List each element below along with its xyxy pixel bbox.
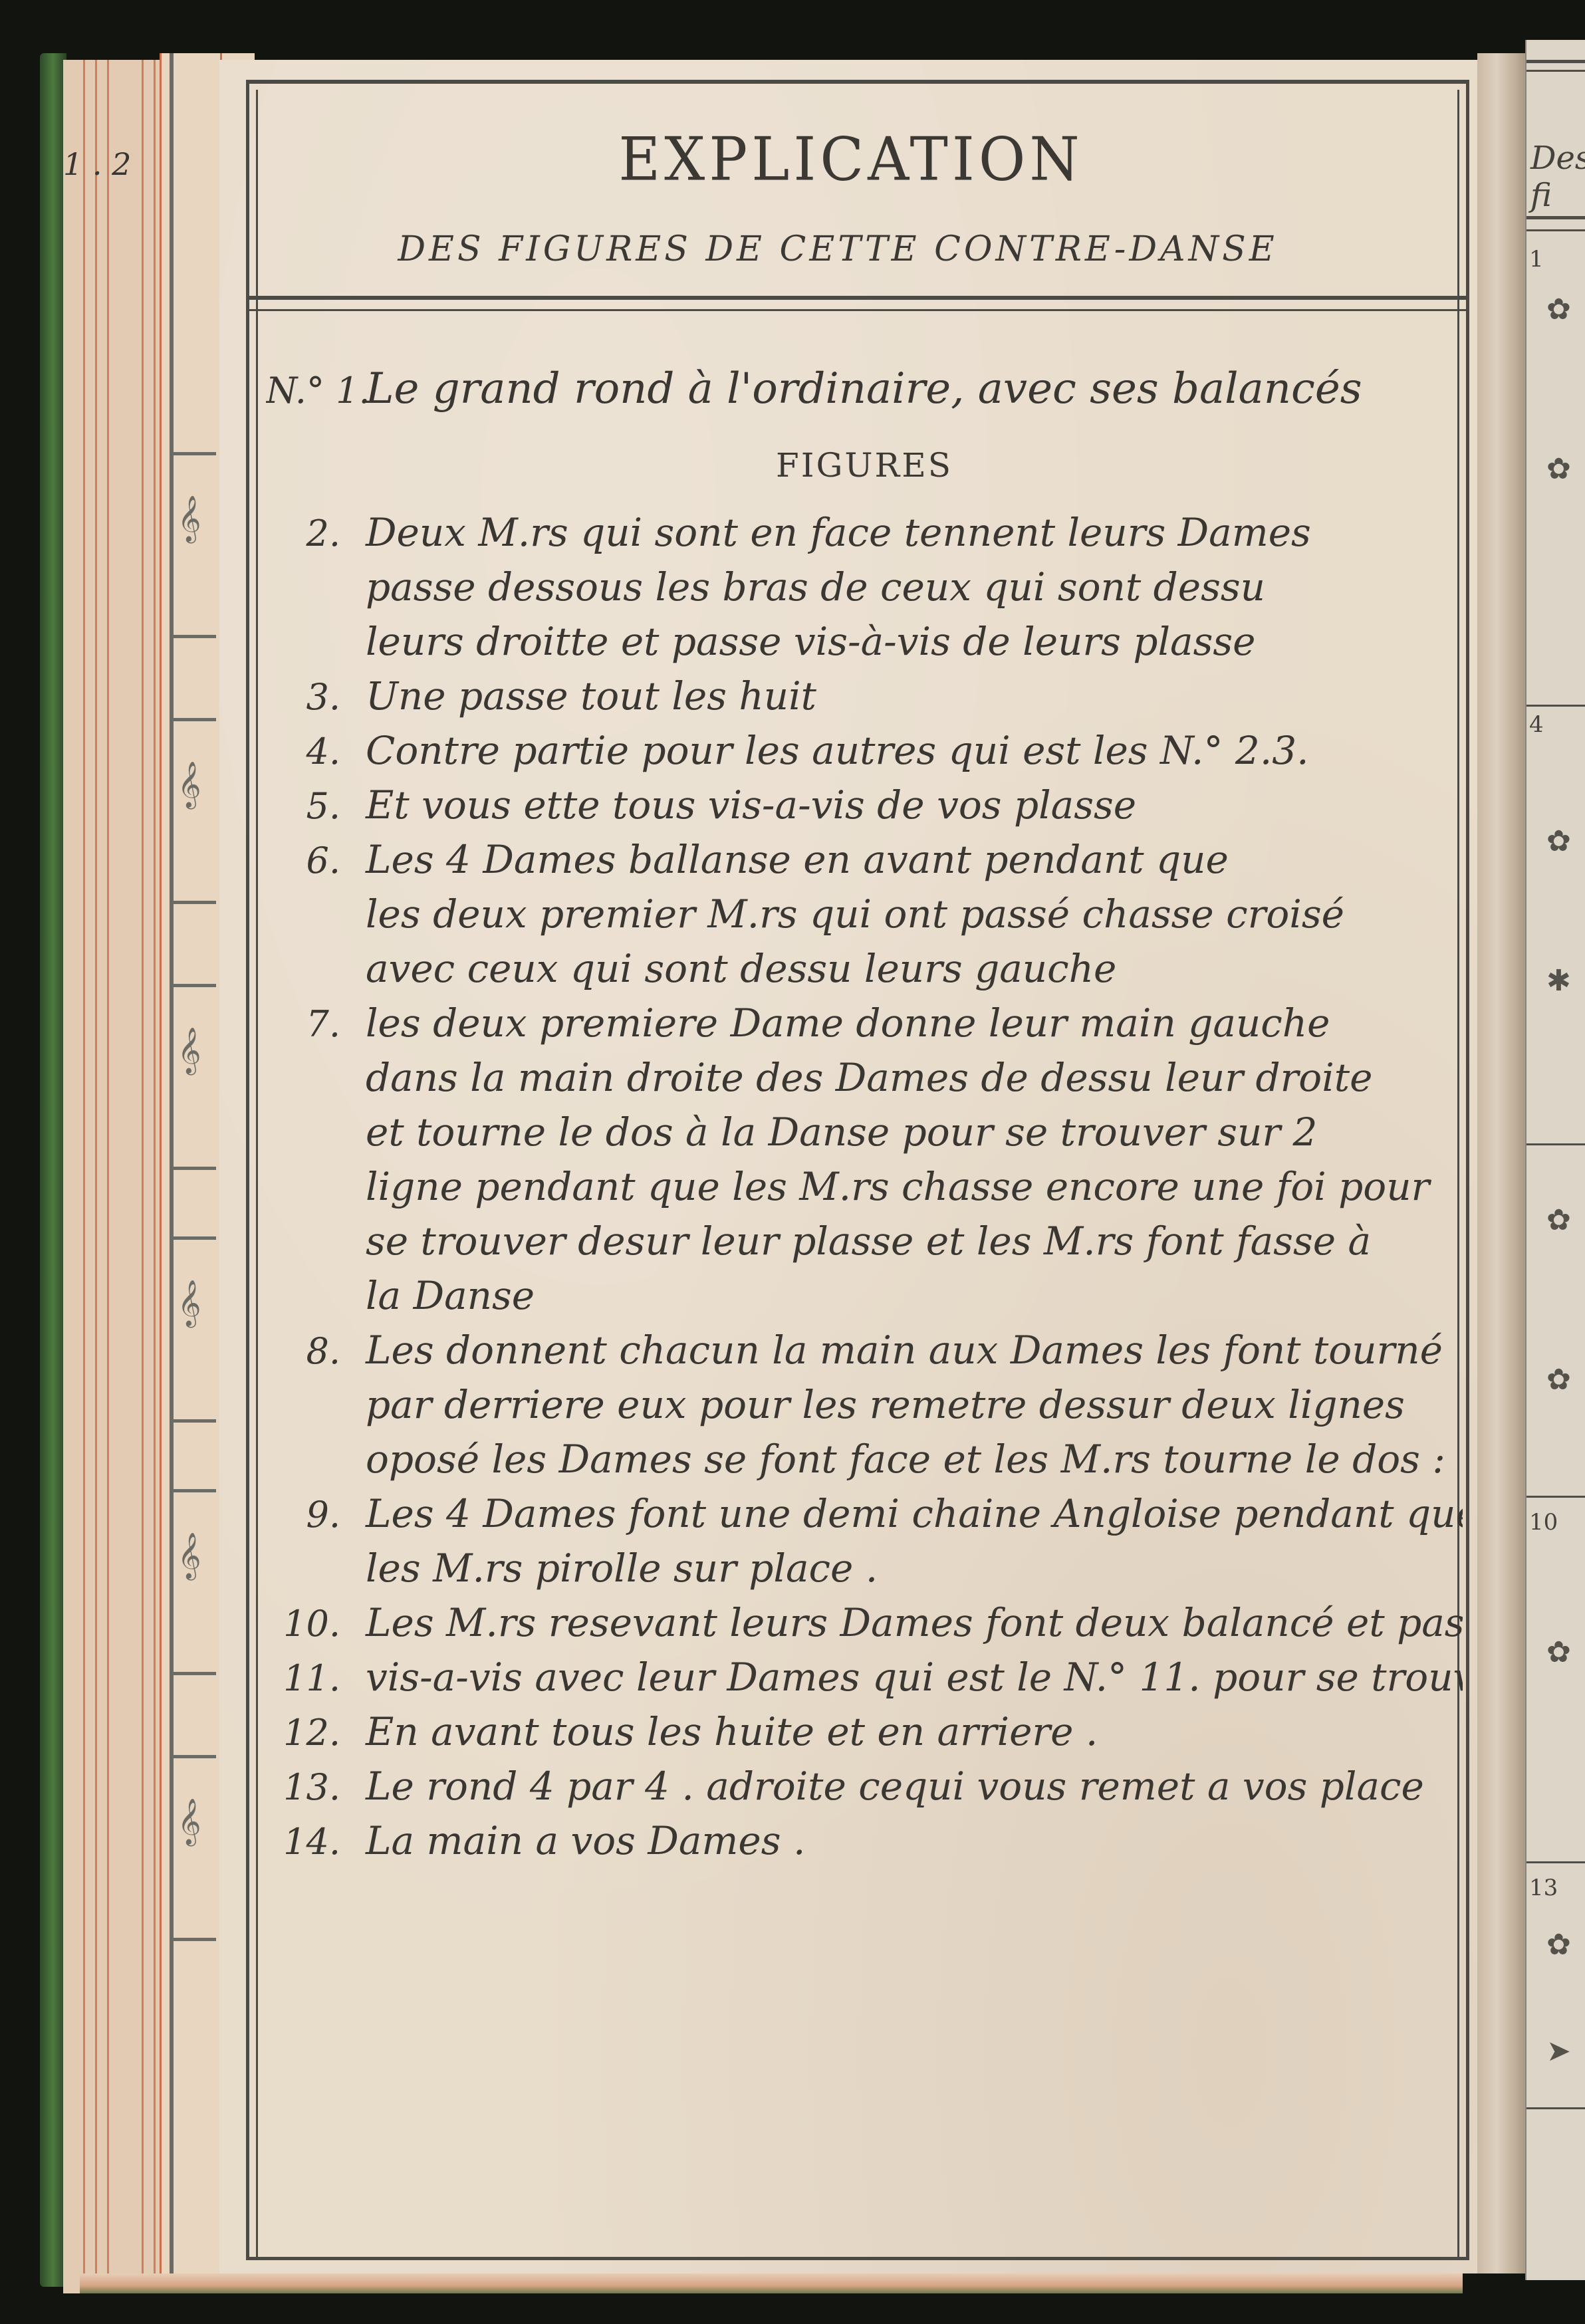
figure-text: La main a vos Dames . <box>366 1813 805 1868</box>
figure-item: 7.les deux premiere Dame donne leur main… <box>266 996 1463 1050</box>
figure-number: 7. <box>266 997 366 1050</box>
figure-item: 9.Les 4 Dames font une demi chaine Anglo… <box>266 1486 1463 1541</box>
facing-page-rule <box>1526 2107 1585 2109</box>
facing-page-rule <box>1526 229 1585 231</box>
treble-clef-icon: 𝄞 <box>178 1532 201 1579</box>
page-edge-line <box>107 60 109 2293</box>
facing-page-rule <box>1526 216 1585 219</box>
music-staff-box: 𝄞 <box>174 1755 216 1941</box>
facing-page-rule <box>1526 60 1585 63</box>
book-cover-edge <box>40 53 66 2287</box>
figure-text-continued: les M.rs pirolle sur place . <box>266 1541 1463 1595</box>
dance-diagram-arrow-icon: ➤ <box>1546 2034 1571 2068</box>
figure-item: 4.Contre partie pour les autres qui est … <box>266 723 1463 778</box>
intro-number: N.° 1. <box>266 354 366 425</box>
treble-clef-icon: 𝄞 <box>178 495 201 542</box>
figure-number: 12. <box>266 1706 366 1759</box>
dance-diagram-ornament-icon: ✿ <box>1546 1928 1571 1962</box>
figure-text: Deux M.rs qui sont en face tennent leurs… <box>366 505 1311 560</box>
diagram-number: 4 <box>1529 711 1544 738</box>
figure-text: Les M.rs resevant leurs Dames font deux … <box>366 1595 1463 1650</box>
treble-clef-icon: 𝄞 <box>178 1798 201 1845</box>
figure-item: 8.Les donnent chacun la main aux Dames l… <box>266 1323 1463 1377</box>
dance-diagram-ornament-icon: ✿ <box>1546 452 1571 486</box>
figure-text: Et vous ette tous vis-a-vis de vos plass… <box>366 778 1136 832</box>
facing-page-rule <box>1526 1496 1585 1498</box>
facing-page-peek: Des fi 1 ✿ ✿ 4 ✿ ✱ ✿ ✿ 10 ✿ 13 ✿ ➤ <box>1525 40 1585 2280</box>
figure-item: 10.Les M.rs resevant leurs Dames font de… <box>266 1595 1463 1650</box>
figure-text: les deux premiere Dame donne leur main g… <box>366 996 1330 1050</box>
figure-text: Les 4 Dames font une demi chaine Anglois… <box>366 1486 1463 1541</box>
page-subtitle: DES FIGURES DE CETTE CONTRE-DANSE <box>219 229 1456 269</box>
figure-number: 9. <box>266 1488 366 1541</box>
figure-item: 14.La main a vos Dames . <box>266 1813 1463 1868</box>
page-tab-label: 1 . 2 <box>63 146 131 182</box>
figure-text: Contre partie pour les autres qui est le… <box>366 723 1309 778</box>
intro-line: N.° 1.Le grand rond à l'ordinaire, avec … <box>266 352 1463 425</box>
figure-text-continued: les deux premier M.rs qui ont passé chas… <box>266 887 1463 941</box>
diagram-number: 1 <box>1529 246 1544 273</box>
figures-list: N.° 1.Le grand rond à l'ordinaire, avec … <box>266 352 1463 1868</box>
treble-clef-icon: 𝄞 <box>178 1280 201 1326</box>
figure-item: 5.Et vous ette tous vis-a-vis de vos pla… <box>266 778 1463 832</box>
music-staff-box: 𝄞 <box>174 984 216 1170</box>
figure-number: 2. <box>266 507 366 560</box>
figure-number: 8. <box>266 1324 366 1377</box>
figure-item: 2.Deux M.rs qui sont en face tennent leu… <box>266 505 1463 560</box>
diagram-number: 10 <box>1529 1509 1558 1536</box>
figure-text-continued: passe dessous les bras de ceux qui sont … <box>266 560 1463 614</box>
figure-text-continued: se trouver desur leur plasse et les M.rs… <box>266 1214 1463 1268</box>
music-staff-box: 𝄞 <box>174 718 216 904</box>
figure-item: 6.Les 4 Dames ballanse en avant pendant … <box>266 832 1463 887</box>
figure-text: En avant tous les huite et en arriere . <box>366 1704 1098 1759</box>
figure-item: 12.En avant tous les huite et en arriere… <box>266 1704 1463 1759</box>
figure-item: 13.Le rond 4 par 4 . adroite cequi vous … <box>266 1759 1463 1813</box>
figure-text: Une passe tout les huit <box>366 669 816 723</box>
figure-text: Les donnent chacun la main aux Dames les… <box>366 1323 1443 1377</box>
dance-diagram-ornament-icon: ✿ <box>1546 1635 1571 1669</box>
page-bottom-edges <box>80 2273 1463 2293</box>
figure-number: 13. <box>266 1760 366 1813</box>
page-edge-line <box>83 60 85 2293</box>
figure-number: 6. <box>266 834 366 887</box>
figure-number: 4. <box>266 725 366 778</box>
figure-text-continued: avec ceux qui sont dessu leurs gauche <box>266 941 1463 996</box>
figure-text-continued: oposé les Dames se font face et les M.rs… <box>266 1432 1463 1486</box>
figure-text-continued: la Danse <box>266 1268 1463 1323</box>
figure-number: 11. <box>266 1651 366 1704</box>
page-title: EXPLICATION <box>219 125 1483 195</box>
dance-diagram-ornament-icon: ✿ <box>1546 1363 1571 1397</box>
figure-text-continued: et tourne le dos à la Danse pour se trou… <box>266 1105 1463 1159</box>
figure-number: 10. <box>266 1597 366 1650</box>
figure-text-continued: dans la main droite des Dames de dessu l… <box>266 1050 1463 1105</box>
book-gutter <box>1477 53 1525 2273</box>
treble-clef-icon: 𝄞 <box>178 1027 201 1074</box>
dance-diagram-ornament-icon: ✿ <box>1546 292 1571 326</box>
figure-text: Les 4 Dames ballanse en avant pendant qu… <box>366 832 1229 887</box>
facing-page-rule <box>1526 70 1585 72</box>
music-staff-box: 𝄞 <box>174 1236 216 1423</box>
dance-diagram-ornament-icon: ✿ <box>1546 1203 1571 1237</box>
figure-number: 14. <box>266 1815 366 1868</box>
section-heading: FIGURES <box>266 425 1463 505</box>
dance-diagram-ornament-icon: ✱ <box>1546 964 1571 998</box>
figure-item: 3.Une passe tout les huit <box>266 669 1463 723</box>
diagram-number: 13 <box>1529 1875 1558 1901</box>
music-notation-column: 𝄞 𝄞 𝄞 𝄞 𝄞 𝄞 <box>170 53 222 2293</box>
figure-text: Le rond 4 par 4 . adroite cequi vous rem… <box>366 1759 1424 1813</box>
music-staff-box: 𝄞 <box>174 452 216 638</box>
dance-diagram-ornament-icon: ✿ <box>1546 824 1571 858</box>
facing-page-rule <box>1526 1143 1585 1145</box>
page-edge-line <box>142 60 144 2293</box>
header-divider <box>246 296 1469 300</box>
facing-page-header-fragment: Des fi <box>1530 140 1585 214</box>
figure-text-continued: par derriere eux pour les remetre dessur… <box>266 1377 1463 1432</box>
facing-page-rule <box>1526 1861 1585 1863</box>
page-edge-line <box>154 60 156 2293</box>
figure-text-continued: leurs droitte et passe vis-à-vis de leur… <box>266 614 1463 669</box>
intro-text: Le grand rond à l'ordinaire, avec ses ba… <box>366 352 1362 425</box>
page-edge-line <box>95 60 97 2293</box>
figure-text: vis-a-vis avec leur Dames qui est le N.°… <box>366 1650 1463 1704</box>
figure-item: 11.vis-a-vis avec leur Dames qui est le … <box>266 1650 1463 1704</box>
header-divider-thin <box>246 309 1469 311</box>
figure-number: 3. <box>266 670 366 723</box>
music-staff-box: 𝄞 <box>174 1489 216 1675</box>
treble-clef-icon: 𝄞 <box>178 761 201 808</box>
document-page: EXPLICATION DES FIGURES DE CETTE CONTRE-… <box>219 60 1483 2273</box>
figure-text-continued: ligne pendant que les M.rs chasse encore… <box>266 1159 1463 1214</box>
figure-number: 5. <box>266 779 366 832</box>
facing-page-rule <box>1526 705 1585 707</box>
